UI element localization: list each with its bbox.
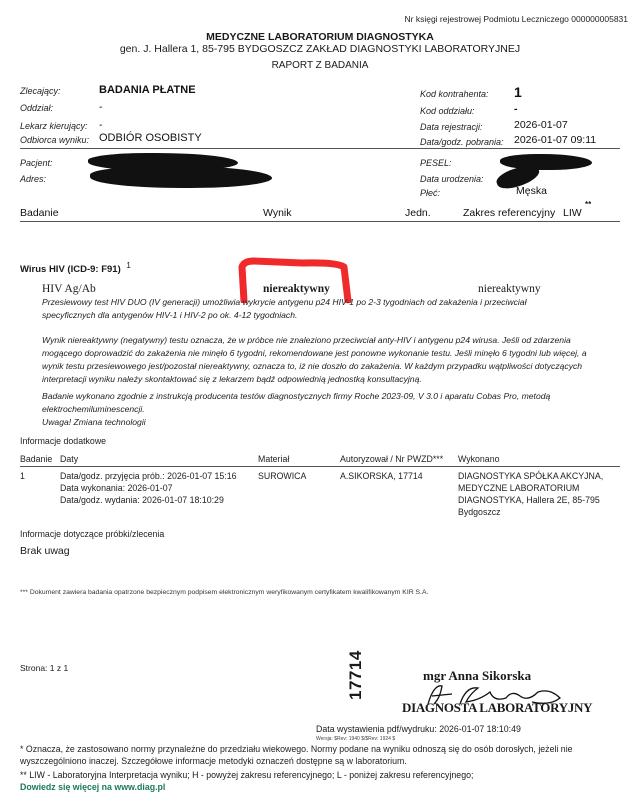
test-description-4: Uwaga! Zmiana technologii: [42, 416, 442, 429]
section-title-text: Wirus HIV (ICD-9: F91): [20, 264, 121, 275]
footnote-liw: ** LIW - Laboratoryjna Interpretacja wyn…: [20, 770, 473, 780]
contractor-code-value: 1: [514, 84, 522, 100]
sex-label: Płeć:: [420, 188, 440, 198]
patient-address-redaction: [90, 166, 272, 188]
column-unit: Jedn.: [405, 207, 431, 219]
section-title: Wirus HIV (ICD-9: F91) 1: [20, 261, 131, 275]
department-code-value: -: [514, 103, 518, 115]
divider-results-header: [20, 221, 620, 222]
ai-performed-line-2: MEDYCZNE LABORATORIUM: [458, 483, 579, 493]
print-date: Data wystawienia pdf/wydruku: 2026-01-07…: [316, 724, 521, 734]
section-footnote: 1: [126, 261, 130, 270]
result-recipient-label: Odbiorca wyniku:: [20, 135, 89, 145]
ai-column-performed: Wykonano: [458, 454, 500, 464]
pesel-label: PESEL:: [420, 158, 452, 168]
department-code-label: Kod oddziału:: [420, 106, 475, 116]
divider-order: [20, 148, 620, 149]
column-test: Badanie: [20, 207, 59, 219]
result-recipient-value: ODBIÓR OSOBISTY: [99, 132, 202, 144]
ai-performed-line-4: Bydgoszcz: [458, 507, 501, 517]
lab-address: gen. J. Hallera 1, 85-795 BYDGOSZCZ ZAKŁ…: [0, 43, 640, 55]
ai-column-authorized: Autoryzował / Nr PWZD***: [340, 454, 443, 464]
liw-footnote-marker: **: [585, 200, 591, 209]
ordering-party-label: Zlecający:: [20, 86, 61, 96]
ai-test-number: 1: [20, 471, 25, 481]
registration-date-label: Data rejestracji:: [420, 122, 483, 132]
registry-number: Nr księgi rejestrowej Podmiotu Lecznicze…: [405, 14, 629, 24]
column-result: Wynik: [263, 207, 292, 219]
ai-column-material: Materiał: [258, 454, 289, 464]
sex-value: Męska: [516, 185, 547, 197]
referring-doctor-value: -: [99, 119, 103, 131]
stamp-number: 17714: [346, 650, 366, 700]
divider-additional-info: [20, 466, 620, 467]
ai-column-dates: Daty: [60, 454, 78, 464]
page-indicator: Strona: 1 z 1: [20, 663, 68, 673]
stamp-title: DIAGNOSTA LABORATORYJNY: [402, 700, 592, 716]
ai-date-performed: Data wykonania: 2026-01-07: [60, 483, 172, 493]
department-label: Oddział:: [20, 103, 53, 113]
contractor-code-label: Kod kontrahenta:: [420, 89, 489, 99]
address-label: Adres:: [20, 174, 46, 184]
sample-info-value: Brak uwag: [20, 545, 70, 557]
sample-info-title: Informacje dotyczące próbki/zlecenia: [20, 529, 164, 539]
test-description-2: Wynik niereaktywny (negatywny) testu ozn…: [42, 334, 602, 386]
ai-performed-line-1: DIAGNOSTYKA SPÓŁKA AKCYJNA,: [458, 471, 603, 481]
test-name: HIV Ag/Ab: [42, 283, 96, 295]
reference-range: niereaktywny: [478, 283, 541, 295]
ai-performed-line-3: DIAGNOSTYKA, Hallera 2E, 85-795: [458, 495, 600, 505]
ai-date-received: Data/godz. przyjęcia prób.: 2026-01-07 1…: [60, 471, 237, 481]
electronic-signature-note: *** Dokument zawiera badania opatrzone b…: [20, 589, 428, 596]
collection-date-value: 2026-01-07 09:11: [514, 134, 596, 146]
column-liw: LIW: [563, 207, 582, 219]
patient-label: Pacjent:: [20, 158, 53, 168]
column-reference: Zakres referencyjny: [463, 207, 555, 219]
report-title: RAPORT Z BADANIA: [0, 60, 640, 71]
birth-date-label: Data urodzenia:: [420, 174, 484, 184]
referring-doctor-label: Lekarz kierujący:: [20, 121, 88, 131]
department-value: -: [99, 101, 103, 113]
ai-date-issued: Data/godz. wydania: 2026-01-07 18:10:29: [60, 495, 224, 505]
website-link[interactable]: Dowiedz się więcej na www.diag.pl: [20, 782, 165, 792]
test-description-1: Przesiewowy test HIV DUO (IV generacji) …: [42, 296, 582, 322]
test-description-3: Badanie wykonano zgodnie z instrukcją pr…: [42, 390, 602, 416]
footnote-age-norms: * Oznacza, że zastosowano normy przynale…: [20, 743, 620, 767]
registration-date-value: 2026-01-07: [514, 119, 568, 131]
collection-date-label: Data/godz. pobrania:: [420, 137, 504, 147]
additional-info-title: Informacje dodatkowe: [20, 436, 106, 446]
version-info: Wersja: $Rev: 1940 $/$Rev: 1924 $: [316, 736, 395, 742]
ai-column-test: Badanie: [20, 454, 52, 464]
ai-authorized: A.SIKORSKA, 17714: [340, 471, 423, 481]
lab-name: MEDYCZNE LABORATORIUM DIAGNOSTYKA: [0, 31, 640, 43]
ai-material: SUROWICA: [258, 471, 306, 481]
ordering-party-value: BADANIA PŁATNE: [99, 84, 196, 96]
